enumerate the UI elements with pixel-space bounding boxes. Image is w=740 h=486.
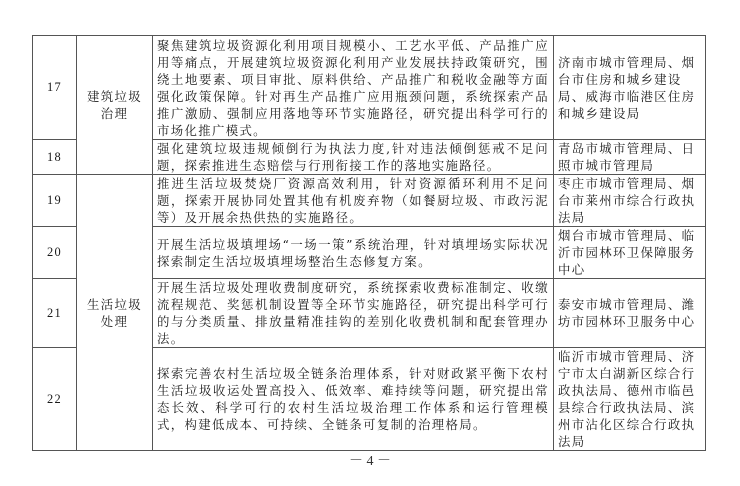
row-organizations: 枣庄市城市管理局、烟台市莱州市综合行政执法局	[554, 175, 706, 227]
category-label: 生活垃圾 处理	[87, 297, 142, 329]
row-number: 18	[33, 140, 77, 175]
row-organizations: 泰安市城市管理局、潍坊市园林环卫服务中心	[554, 279, 706, 348]
row-organizations: 济南市城市管理局、烟台市住房和城乡建设局、威海市临港区住房和城乡建设局	[554, 36, 706, 140]
row-description: 开展生活垃圾处理收费制度研究，系统探索收费标准制定、收缴流程规范、奖惩机制设置等…	[153, 279, 554, 348]
table-row: 17 建筑垃圾 治理 聚焦建筑垃圾资源化利用项目规模小、工艺水平低、产品推广应用…	[33, 36, 706, 140]
row-organizations: 烟台市城市管理局、临沂市园林环卫保障服务中心	[554, 227, 706, 279]
row-number: 22	[33, 348, 77, 451]
project-table: 17 建筑垃圾 治理 聚焦建筑垃圾资源化利用项目规模小、工艺水平低、产品推广应用…	[32, 35, 706, 451]
row-description: 强化建筑垃圾违规倾倒行为执法力度,针对违法倾倒惩戒不足问题，探索推进生态赔偿与行…	[153, 140, 554, 175]
category-construction-waste: 建筑垃圾 治理	[77, 36, 153, 175]
row-organizations: 青岛市城市管理局、日照市城市管理局	[554, 140, 706, 175]
row-description: 聚焦建筑垃圾资源化利用项目规模小、工艺水平低、产品推广应用等痛点，开展建筑垃圾资…	[153, 36, 554, 140]
row-number: 17	[33, 36, 77, 140]
category-household-waste: 生活垃圾 处理	[77, 175, 153, 451]
row-number: 19	[33, 175, 77, 227]
table-row: 19 生活垃圾 处理 推进生活垃圾焚烧厂资源高效利用，针对资源循环利用不足问题，…	[33, 175, 706, 227]
row-description: 推进生活垃圾焚烧厂资源高效利用，针对资源循环利用不足问题，探索开展协同处置其他有…	[153, 175, 554, 227]
page-number: － 4 －	[0, 450, 740, 470]
row-description: 开展生活垃圾填埋场“一场一策”系统治理，针对填埋场实际状况探索制定生活垃圾填埋场…	[153, 227, 554, 279]
category-label: 建筑垃圾 治理	[87, 89, 142, 121]
row-number: 20	[33, 227, 77, 279]
row-description: 探索完善农村生活垃圾全链条治理体系，针对财政紧平衡下农村生活垃圾收运处置高投入、…	[153, 348, 554, 451]
row-number: 21	[33, 279, 77, 348]
row-organizations: 临沂市城市管理局、济宁市太白湖新区综合行政执法局、德州市临邑县综合行政执法局、滨…	[554, 348, 706, 451]
